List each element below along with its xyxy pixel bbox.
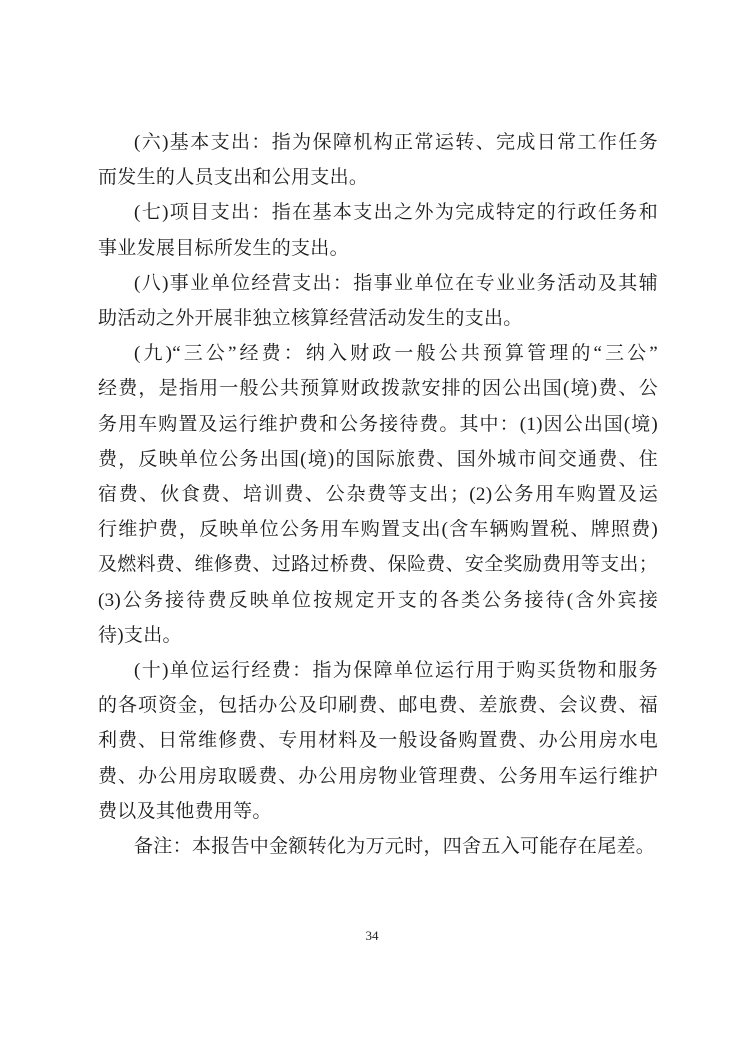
text-line: 的各项资金，包括办公及印刷费、邮电费、差旅费、会议费、福	[98, 688, 658, 723]
text-line: (七)项目支出：指在基本支出之外为完成特定的行政任务和	[98, 195, 658, 230]
paragraph-unit-operating-funds: (十)单位运行经费：指为保障单位运行用于购买货物和服务 的各项资金，包括办公及印…	[98, 653, 658, 829]
text-line: 行维护费，反映单位公务用车购置支出(含车辆购置税、牌照费)	[98, 512, 658, 547]
text-line: 利费、日常维修费、专用材料及一般设备购置费、办公用房水电	[98, 723, 658, 758]
text-line: 务用车购置及运行维护费和公务接待费。其中：(1)因公出国(境)	[98, 407, 658, 442]
paragraph-project-expenditure: (七)项目支出：指在基本支出之外为完成特定的行政任务和 事业发展目标所发生的支出…	[98, 195, 658, 265]
text-line: (九)“三公”经费：纳入财政一般公共预算管理的“三公”	[98, 336, 658, 371]
page-number: 34	[0, 928, 744, 944]
paragraph-basic-expenditure: (六)基本支出：指为保障机构正常运转、完成日常工作任务 而发生的人员支出和公用支…	[98, 125, 658, 195]
text-line: 助活动之外开展非独立核算经营活动发生的支出。	[98, 301, 658, 336]
paragraph-three-public-funds: (九)“三公”经费：纳入财政一般公共预算管理的“三公” 经费，是指用一般公共预算…	[98, 336, 658, 653]
document-page: (六)基本支出：指为保障机构正常运转、完成日常工作任务 而发生的人员支出和公用支…	[0, 0, 744, 1052]
text-line: 费以及其他费用等。	[98, 794, 658, 829]
text-line: 而发生的人员支出和公用支出。	[98, 160, 658, 195]
text-line: (3)公务接待费反映单位按规定开支的各类公务接待(含外宾接	[98, 583, 658, 618]
text-line: (八)事业单位经营支出：指事业单位在专业业务活动及其辅	[98, 266, 658, 301]
text-line: 备注：本报告中金额转化为万元时，四舍五入可能存在尾差。	[98, 829, 658, 864]
paragraph-note: 备注：本报告中金额转化为万元时，四舍五入可能存在尾差。	[98, 829, 658, 864]
text-line: (六)基本支出：指为保障机构正常运转、完成日常工作任务	[98, 125, 658, 160]
text-line: 宿费、伙食费、培训费、公杂费等支出；(2)公务用车购置及运	[98, 477, 658, 512]
paragraph-operating-expenditure: (八)事业单位经营支出：指事业单位在专业业务活动及其辅 助活动之外开展非独立核算…	[98, 266, 658, 336]
text-line: 费，反映单位公务出国(境)的国际旅费、国外城市间交通费、住	[98, 442, 658, 477]
document-body: (六)基本支出：指为保障机构正常运转、完成日常工作任务 而发生的人员支出和公用支…	[98, 125, 658, 864]
text-line: 事业发展目标所发生的支出。	[98, 231, 658, 266]
text-line: 及燃料费、维修费、过路过桥费、保险费、安全奖励费用等支出；	[98, 547, 658, 582]
text-line: 待)支出。	[98, 618, 658, 653]
text-line: (十)单位运行经费：指为保障单位运行用于购买货物和服务	[98, 653, 658, 688]
text-line: 经费，是指用一般公共预算财政拨款安排的因公出国(境)费、公	[98, 371, 658, 406]
text-line: 费、办公用房取暖费、办公用房物业管理费、公务用车运行维护	[98, 759, 658, 794]
